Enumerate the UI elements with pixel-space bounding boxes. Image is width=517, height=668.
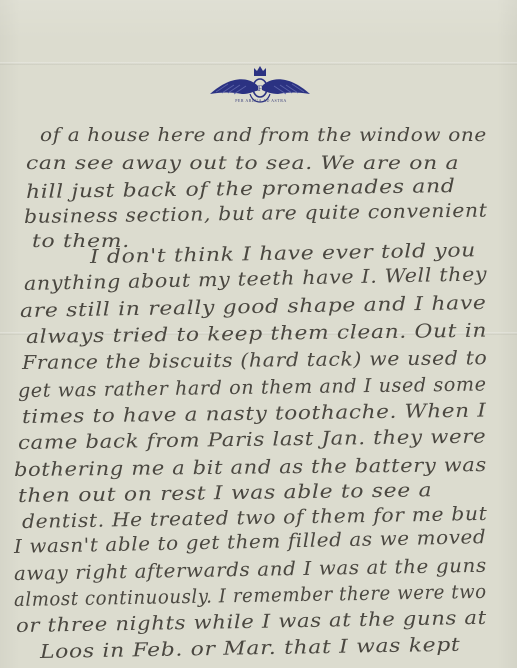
letter-line: of a house here and from the window one (40, 124, 487, 146)
letter-line: away right afterwards and I was at the g… (14, 555, 487, 585)
letter-line: get was rather hard on them and I used s… (18, 373, 487, 402)
letter-page: RFC Per Ardua ad Astra of a house here a… (0, 0, 517, 668)
letter-line: hill just back of the promenades and (26, 175, 456, 203)
letter-line: I don't think I have ever told you (90, 239, 476, 268)
letter-line: France the biscuits (hard tack) we used … (22, 347, 488, 374)
letter-line: then out on rest I was able to see a (18, 479, 433, 507)
letter-line: bothering me a bit and as the battery wa… (14, 454, 487, 481)
letter-line: Loos in Feb. or Mar. that I was kept (40, 634, 461, 663)
letter-line: business section, but are quite convenie… (24, 200, 488, 228)
letter-line: anything about my teeth have I. Well the… (24, 263, 488, 295)
letter-line: always tried to keep them clean. Out in (26, 320, 487, 348)
letter-line: times to have a nasty toothache. When I (22, 400, 487, 428)
letter-line: came back from Paris last Jan. they were (18, 425, 487, 454)
letter-line: or three nights while I was at the guns … (16, 607, 487, 637)
letter-body: of a house here and from the window one … (0, 0, 517, 668)
letter-line: almost continuously. I remember there we… (14, 581, 487, 611)
letter-line: are still in really good shape and I hav… (20, 292, 487, 322)
letter-line: can see away out to sea. We are on a (26, 152, 459, 174)
